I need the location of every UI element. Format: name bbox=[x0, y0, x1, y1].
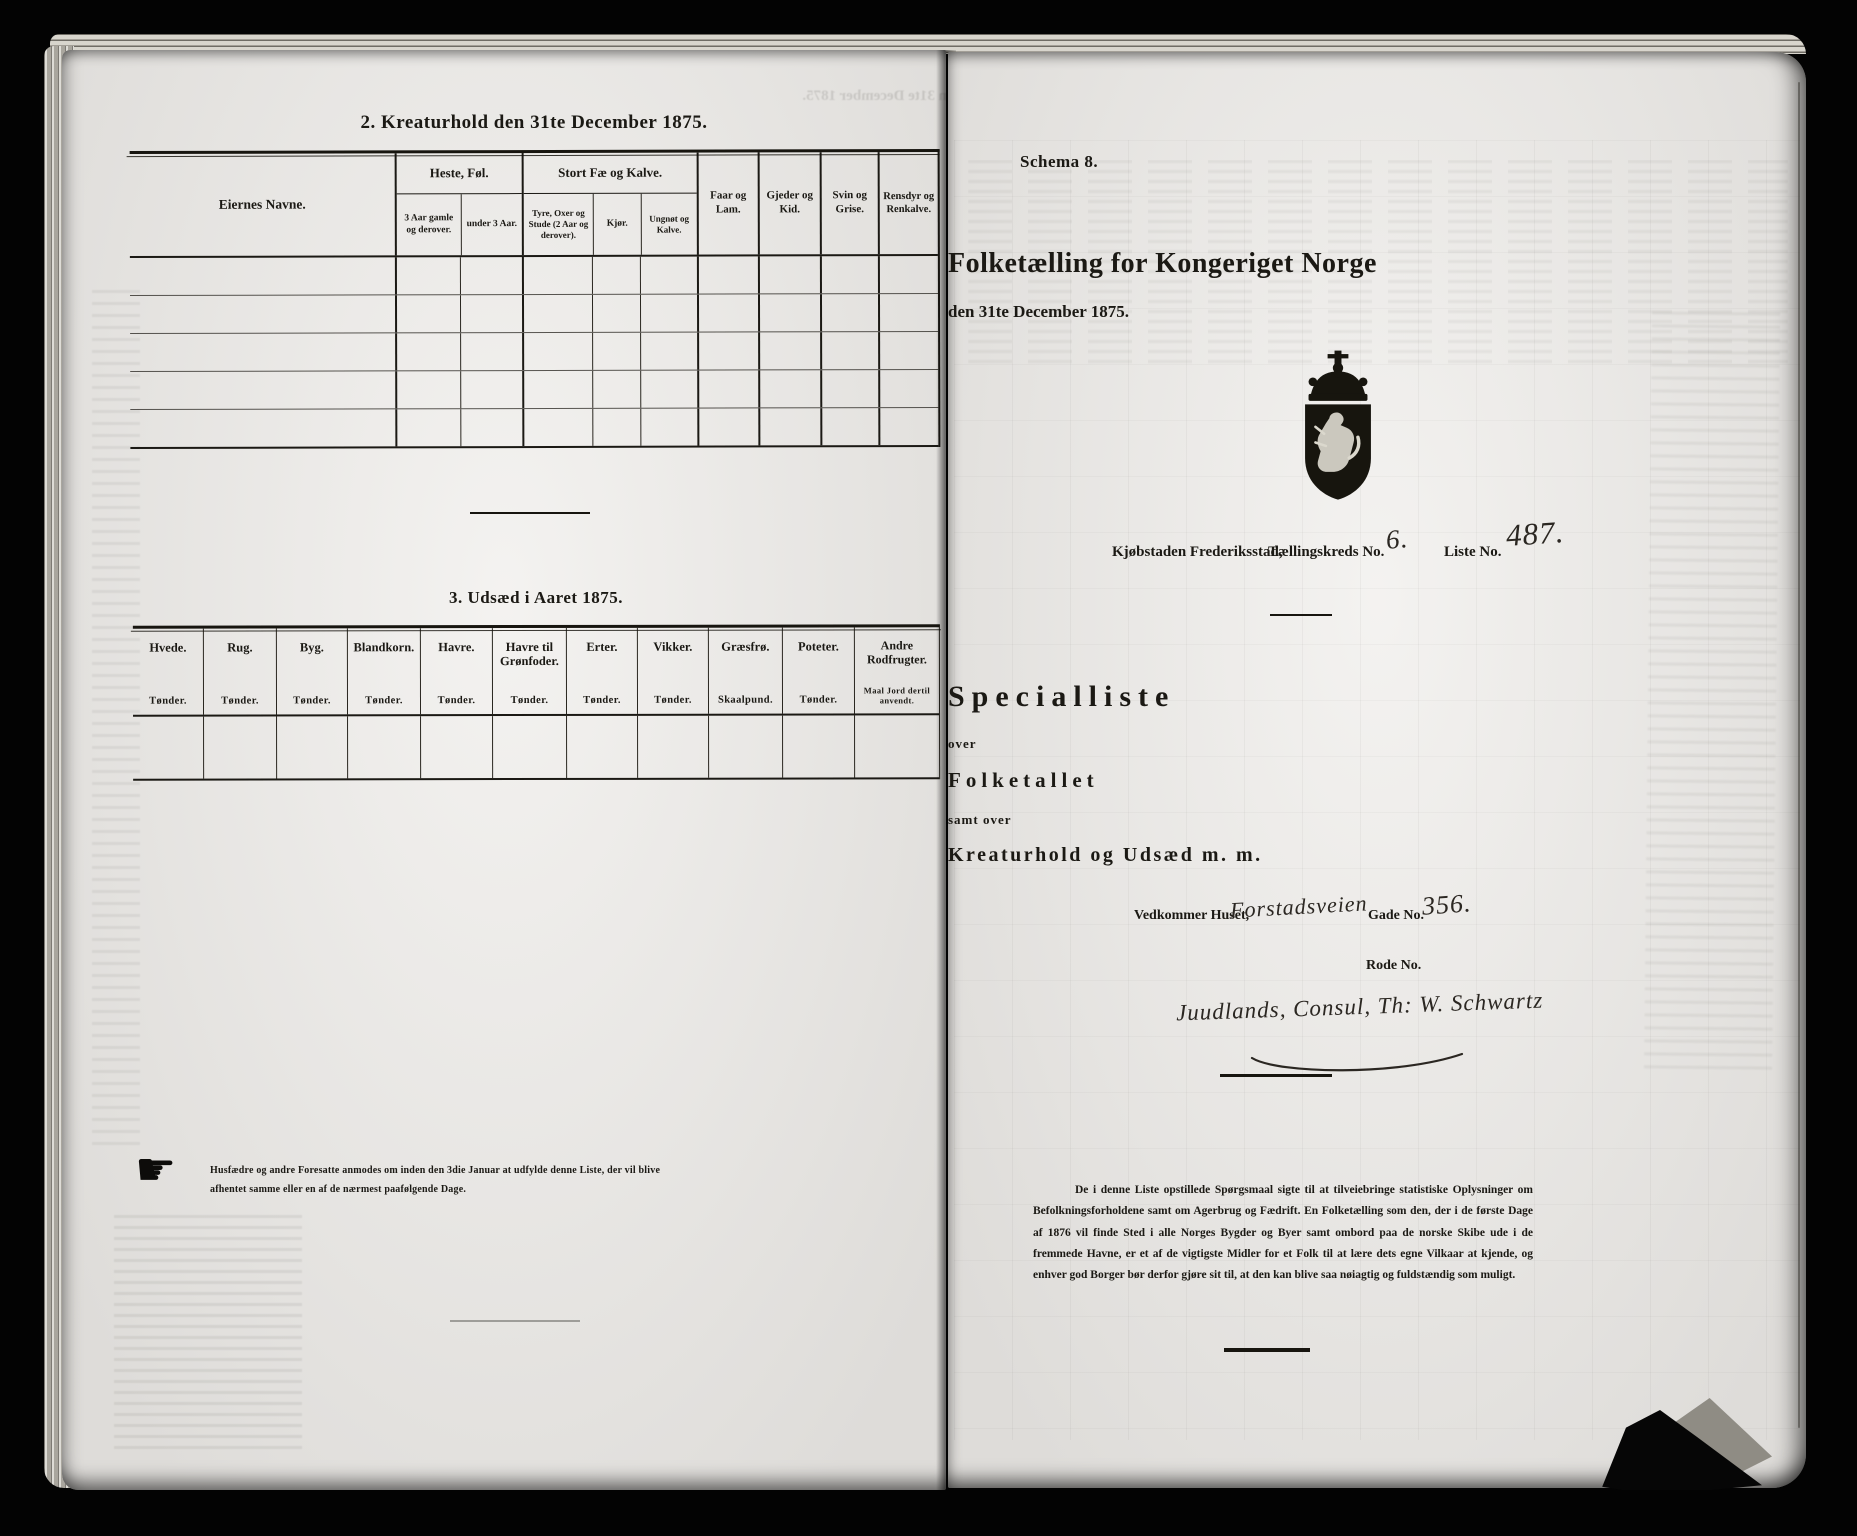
empty-cell bbox=[395, 257, 460, 294]
right-page: Schema 8. Folketælling for Kongeriget No… bbox=[948, 52, 1806, 1488]
subcolumn-cows: Kjør. bbox=[593, 194, 641, 255]
empty-cell bbox=[697, 370, 758, 407]
column-header-sheep-lambs: Faar og Lam. bbox=[697, 152, 758, 254]
census-district-value-handwritten: 6. bbox=[1385, 523, 1410, 556]
heading-folketallet: Folketallet bbox=[948, 768, 1728, 793]
subcolumn-horses-under-3yr: under 3 Aar. bbox=[461, 194, 522, 255]
empty-cell bbox=[130, 257, 395, 295]
empty-cell bbox=[395, 333, 460, 370]
empty-cell bbox=[592, 333, 640, 370]
column-header-rye: Rug. Tønder. bbox=[203, 628, 276, 714]
column-group-cattle: Stort Fæ og Kalve. Tyre, Oxer og Stude (… bbox=[522, 153, 697, 255]
empty-cell bbox=[395, 295, 460, 332]
empty-cell bbox=[820, 370, 878, 407]
empty-cell bbox=[878, 294, 938, 331]
signature-handwritten: Juudlands, Consul, Th: W. Schwartz bbox=[1176, 988, 1544, 1027]
empty-cell bbox=[878, 332, 938, 369]
group-label-cattle: Stort Fæ og Kalve. bbox=[524, 153, 697, 194]
empty-cell bbox=[492, 716, 566, 778]
column-header-oats: Havre. Tønder. bbox=[420, 628, 492, 714]
empty-cell bbox=[522, 333, 592, 370]
empty-cell bbox=[878, 256, 938, 293]
empty-cell bbox=[276, 716, 347, 778]
empty-cell bbox=[395, 409, 460, 446]
livestock-section-title: 2. Kreaturhold den 31te December 1875. bbox=[130, 112, 938, 134]
empty-cell bbox=[758, 408, 820, 445]
signature-rule bbox=[1220, 1074, 1332, 1077]
empty-cell bbox=[640, 295, 697, 332]
empty-cell bbox=[133, 717, 203, 779]
empty-cell bbox=[697, 294, 758, 331]
heading-samt-over: samt over bbox=[948, 812, 1728, 828]
empty-cell bbox=[460, 371, 522, 408]
livestock-table-rows bbox=[130, 256, 938, 449]
column-header-goats-kids: Gjeder og Kid. bbox=[758, 152, 820, 254]
empty-cell bbox=[347, 716, 420, 778]
column-header-peas: Erter. Tønder. bbox=[566, 628, 637, 714]
empty-cell bbox=[460, 257, 522, 294]
column-header-oats-green-fodder: Havre til Grønfoder. Tønder. bbox=[492, 628, 566, 714]
empty-cell bbox=[130, 409, 395, 447]
empty-cell bbox=[522, 409, 592, 446]
empty-cell bbox=[708, 716, 782, 778]
empty-cell bbox=[130, 333, 395, 371]
footnote-line-1: Husfædre og andre Foresatte anmodes om i… bbox=[210, 1162, 646, 1181]
table-row bbox=[133, 715, 939, 780]
table-row bbox=[130, 332, 938, 372]
city-label: Kjøbstaden Frederiksstad, bbox=[1112, 544, 1283, 561]
rode-number-label: Rode No. bbox=[1366, 958, 1421, 974]
empty-cell bbox=[820, 408, 878, 445]
column-header-mixed-grain: Blandkorn. Tønder. bbox=[347, 628, 420, 714]
subcolumn-horses-3yr-and-over: 3 Aar gamle og derover. bbox=[397, 194, 461, 255]
empty-cell bbox=[460, 333, 522, 370]
table-row bbox=[130, 256, 938, 296]
section-divider-rule bbox=[470, 512, 590, 514]
footnote-text: Husfædre og andre Foresatte anmodes om i… bbox=[210, 1162, 646, 1199]
table-row bbox=[130, 294, 938, 334]
page-title: Folketælling for Kongeriget Norge bbox=[948, 248, 1728, 280]
column-header-pigs: Svin og Grise. bbox=[820, 152, 878, 254]
heading-over: over bbox=[948, 736, 1728, 752]
street-name-handwritten: Forstadsveien bbox=[1229, 890, 1368, 923]
list-number-value-handwritten: 487. bbox=[1505, 514, 1566, 554]
empty-cell bbox=[460, 409, 522, 446]
column-header-barley: Byg. Tønder. bbox=[276, 628, 347, 714]
empty-cell bbox=[758, 256, 820, 293]
empty-cell bbox=[697, 408, 758, 445]
bleed-through-mirrored-title: den 31te December 1875. bbox=[622, 88, 962, 105]
livestock-table-header: Eiernes Navne. Heste, Føl. 3 Aar gamle o… bbox=[130, 152, 938, 258]
faint-short-rule bbox=[450, 1320, 580, 1322]
column-header-owner-names: Eiernes Navne. bbox=[130, 153, 395, 256]
seed-table-rows bbox=[133, 715, 939, 780]
empty-cell bbox=[522, 295, 592, 332]
empty-cell bbox=[640, 257, 697, 294]
empty-cell bbox=[592, 257, 640, 294]
empty-cell bbox=[878, 408, 938, 445]
group-label-horses: Heste, Føl. bbox=[397, 153, 522, 194]
seed-table-header: Hvede. Tønder. Rug. Tønder. Byg. Tønder.… bbox=[133, 627, 939, 716]
column-header-grass-seed: Græsfrø. Skaalpund. bbox=[708, 628, 782, 714]
empty-cell bbox=[592, 295, 640, 332]
empty-cell bbox=[592, 371, 640, 408]
column-header-root-crops: Andre Rodfrugter. Maal Jord dertil anven… bbox=[854, 627, 939, 713]
empty-cell bbox=[395, 371, 460, 408]
empty-cell bbox=[640, 333, 697, 370]
empty-cell bbox=[697, 332, 758, 369]
table-row bbox=[130, 370, 938, 410]
table-row bbox=[130, 408, 938, 449]
bleed-through-paragraph bbox=[114, 1215, 302, 1453]
empty-cell bbox=[522, 371, 592, 408]
subcolumn-young-cattle-calves: Ungnøt og Kalve. bbox=[640, 194, 697, 255]
column-group-horses: Heste, Føl. 3 Aar gamle og derover. unde… bbox=[395, 153, 522, 255]
empty-cell bbox=[820, 332, 878, 369]
seed-section-title: 3. Udsæd i Aaret 1875. bbox=[133, 588, 939, 608]
manicule-right-icon: ☛ bbox=[135, 1146, 176, 1192]
empty-cell bbox=[758, 332, 820, 369]
empty-cell bbox=[854, 715, 939, 777]
footnote-line-2: afhentet samme eller en af de nærmest pa… bbox=[210, 1181, 646, 1200]
street-number-label: Gade No. bbox=[1368, 908, 1424, 924]
subcolumn-bulls-oxen: Tyre, Oxer og Stude (2 Aar og derover). bbox=[524, 194, 593, 255]
left-page: den 31te December 1875. 2. Kreaturhold d… bbox=[62, 50, 946, 1490]
livestock-table: Eiernes Navne. Heste, Føl. 3 Aar gamle o… bbox=[130, 149, 941, 449]
empty-cell bbox=[758, 294, 820, 331]
column-header-wheat: Hvede. Tønder. bbox=[133, 629, 203, 715]
empty-cell bbox=[592, 409, 640, 446]
census-district-label: Tællingskreds No. bbox=[1268, 544, 1384, 561]
census-scan-1875: { "colors": {"background": "#030303", "p… bbox=[0, 0, 1857, 1536]
empty-cell bbox=[522, 257, 592, 294]
empty-cell bbox=[420, 716, 492, 778]
empty-cell bbox=[130, 295, 395, 333]
empty-cell bbox=[640, 409, 697, 446]
empty-cell bbox=[130, 371, 395, 409]
empty-cell bbox=[820, 294, 878, 331]
empty-cell bbox=[782, 715, 854, 777]
empty-cell bbox=[878, 370, 938, 407]
bottom-rule bbox=[1224, 1348, 1310, 1352]
norway-lion-crest-icon bbox=[1286, 350, 1390, 507]
empty-cell bbox=[460, 295, 522, 332]
empty-cell bbox=[758, 370, 820, 407]
schema-label: Schema 8. bbox=[1020, 152, 1098, 172]
info-paragraph: De i denne Liste opstillede Spørgsmaal s… bbox=[1033, 1180, 1533, 1286]
list-number-label: Liste No. bbox=[1444, 544, 1502, 561]
heading-kreaturhold-udsaed: Kreaturhold og Udsæd m. m. bbox=[948, 844, 1728, 867]
empty-cell bbox=[637, 716, 708, 778]
empty-cell bbox=[820, 256, 878, 293]
column-header-vetches: Vikker. Tønder. bbox=[637, 628, 708, 714]
column-header-reindeer: Rensdyr og Renkalve. bbox=[878, 152, 938, 254]
empty-cell bbox=[566, 716, 637, 778]
heading-specialliste: Specialliste bbox=[948, 680, 1728, 714]
location-line-rule bbox=[1270, 614, 1332, 616]
seed-table: Hvede. Tønder. Rug. Tønder. Byg. Tønder.… bbox=[133, 624, 940, 780]
street-number-value-handwritten: 356. bbox=[1421, 888, 1472, 921]
empty-cell bbox=[697, 256, 758, 293]
empty-cell bbox=[640, 371, 697, 408]
column-header-potatoes: Poteter. Tønder. bbox=[782, 627, 854, 713]
empty-cell bbox=[203, 716, 276, 778]
page-subtitle: den 31te December 1875. bbox=[948, 302, 1728, 322]
